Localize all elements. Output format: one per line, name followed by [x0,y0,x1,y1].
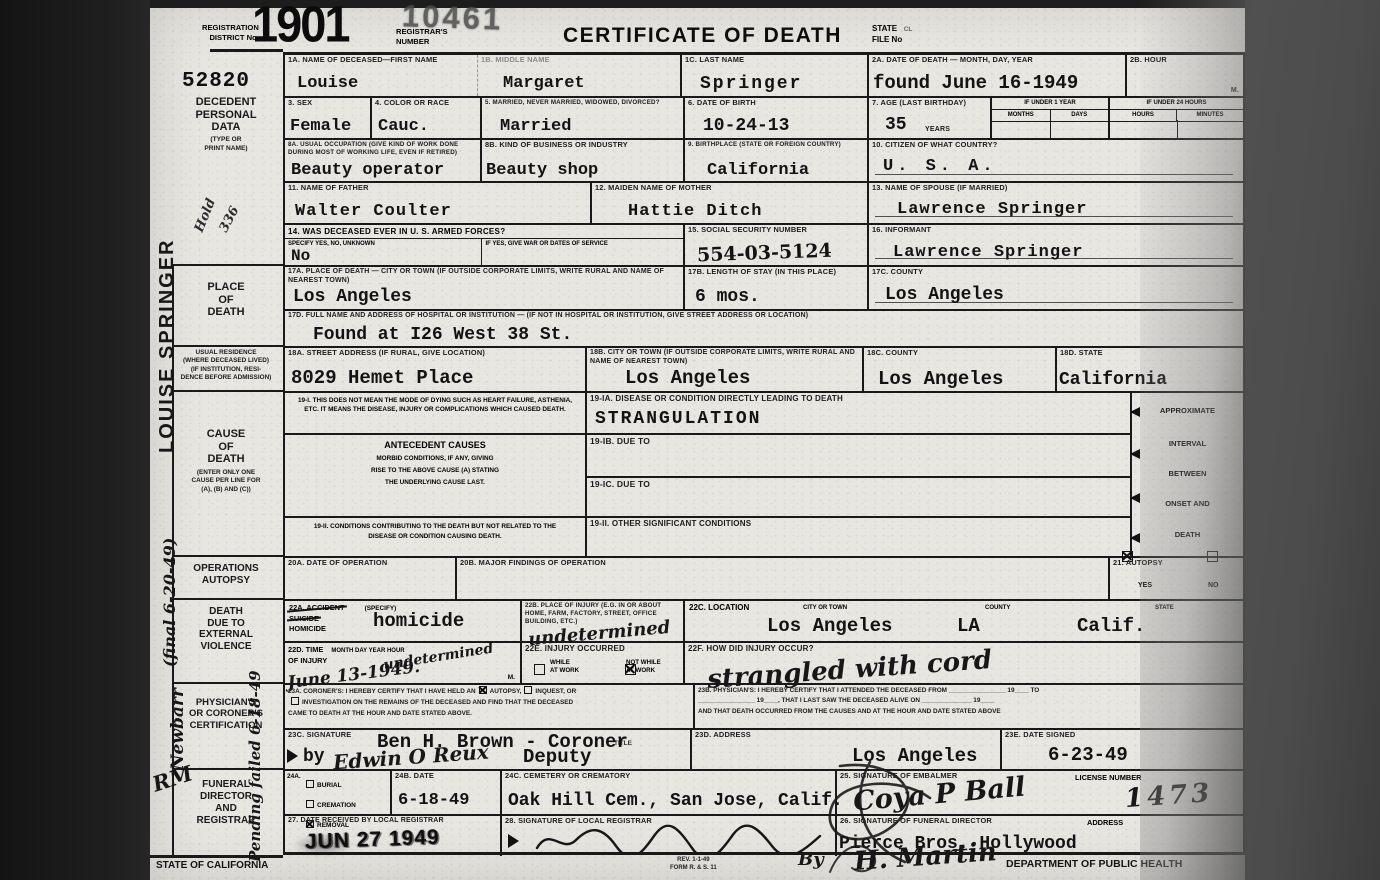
manner-accident-label: 22A. ACCIDENT [289,603,345,614]
of-injury-label: OF INJURY [288,656,327,665]
field-industry-value: Beauty shop [486,161,598,180]
due-to-b-label: 19-IB. DUE TO [590,436,1128,446]
row-certification: 23A. CORONER'S: I HEREBY CERTIFY THAT I … [285,685,1243,730]
row-residence: 18A. STREET ADDRESS (IF RURAL, GIVE LOCA… [285,348,1243,393]
field-father-value: Walter Coulter [295,202,452,221]
field-length-of-stay-value: 6 mos. [695,287,760,307]
field-first-name-value: Louise [297,74,358,93]
field-sex: 3. SEX Female [285,98,372,138]
field-place-of-death-value: Los Angeles [293,287,412,307]
field-last-name: 1C. LAST NAME Springer [682,55,869,96]
field-institution-value: Found at I26 West 38 St. [313,325,572,345]
field-marital-value: Married [500,117,571,136]
field-last-name-value: Springer [700,74,802,94]
sidebar-rule-4 [172,555,283,557]
interval-column: APPROXIMATE INTERVAL BETWEEN ONSET AND D… [1132,393,1243,556]
field-race-label: 4. COLOR OR RACE [375,99,478,108]
by-name-signature: H. Martin [853,837,998,877]
field-birthplace-value: California [707,161,809,180]
other-conditions-label: 19-II. OTHER SIGNIFICANT CONDITIONS [590,519,1128,528]
row-signature: 23C. SIGNATURE TITLE Ben H. Brown - Coro… [285,730,1243,771]
field-death-county-label: 17C. COUNTY [872,268,1241,277]
field-residence-county-value: Los Angeles [878,368,1003,390]
signature-deputy: Deputy [523,746,591,768]
footer-form-number: REV. 1-1-49 FORM R. & S. 11 [670,856,717,872]
field-date-of-death-label: 2A. DATE OF DEATH — MONTH, DAY, YEAR [872,56,1123,65]
field-autopsy: 21. AUTOPSY YES NO [1110,558,1243,599]
row-parents: 11. NAME OF FATHER Walter Coulter 12. MA… [285,183,1243,225]
manner-suicide-label: SUICIDE [289,614,319,625]
signature-pointer-icon [287,749,298,763]
interval-word-4: ONSET AND [1132,500,1243,508]
field-armed-forces: 14. WAS DECEASED EVER IN U. S. ARMED FOR… [285,225,685,265]
registrar-pointer-icon [508,834,519,848]
field-marital-status: 5. MARRIED, NEVER MARRIED, WIDOWED, DIVO… [482,98,685,138]
received-date-stamp: JUN 27 1949 [305,826,441,855]
field-middle-name-label: 1B. MIDDLE NAME [481,56,678,65]
field-residence-city-label: 18B. CITY OR TOWN (IF OUTSIDE CORPORATE … [590,349,860,367]
license-value: 1473 [1124,778,1214,814]
field-date-of-death-value: found June 16-1949 [873,72,1078,94]
field-injury-occurred: 22E. INJURY OCCURRED WHILE AT WORK NOT W… [522,643,685,683]
field-age-unit: YEARS [925,126,988,134]
field-manner: 22A. ACCIDENT (SPECIFY) SUICIDE HOMICIDE… [285,601,522,641]
row-registrar: 27. DATE RECEIVED BY LOCAL REGISTRAR JUN… [285,816,1243,856]
interval-word-3: BETWEEN [1132,470,1243,478]
field-autopsy-label: 21. AUTOPSY [1113,559,1241,568]
field-under-1-year: IF UNDER 1 YEAR MONTHS DAYS [992,98,1110,138]
field-length-of-stay-label: 17B. LENGTH OF STAY (IN THIS PLACE) [688,268,865,277]
coroner-autopsy-checkbox [479,686,487,694]
registration-district-number: 1901 [252,0,349,49]
row-forces: 14. WAS DECEASED EVER IN U. S. ARMED FOR… [285,225,1243,267]
field-residence-county-label: 18C. COUNTY [867,349,1053,358]
field-date-of-birth: 6. DATE OF BIRTH 10-24-13 [685,98,869,138]
antecedent-title: ANTECEDENT CAUSES [285,440,585,451]
if-yes-label: IF YES, GIVE WAR OR DATES OF SERVICE [482,239,683,248]
sidebar-place-of-death-label: PLACEOFDEATH [174,281,278,319]
due-to-c-label: 19-IC. DUE TO [590,479,1128,489]
row-disposition: 24A. BURIAL CREMATION REMOVAL 24B. DATE … [285,771,1243,816]
field-street: 18A. STREET ADDRESS (IF RURAL, GIVE LOCA… [285,348,587,391]
field-death-county-value: Los Angeles [885,285,1004,305]
funeral-director-by-signature: By H. Martin [798,842,997,872]
field-how-injury: 22F. HOW DID INJURY OCCUR? strangled wit… [685,643,1243,683]
not-while-label-1: NOT WHILE [626,659,661,667]
autopsy-yes-label: YES [1138,582,1152,589]
field-dob-label: 6. DATE OF BIRTH [688,99,865,108]
margin-hold-annotation: Hold [192,196,219,234]
field-informant: 16. INFORMANT Lawrence Springer [869,225,1243,265]
cremation-checkbox [306,800,314,808]
sidebar-decedent-label: DECEDENTPERSONALDATA [174,96,278,134]
coroner-text-3: CAME TO DEATH AT THE HOUR AND DATE STATE… [288,710,472,717]
sidebar-rule-5 [172,598,283,600]
injury-city-value: Los Angeles [767,615,892,637]
field-institution-label: 17D. FULL NAME AND ADDRESS OF HOSPITAL O… [288,312,1241,320]
field-institution: 17D. FULL NAME AND ADDRESS OF HOSPITAL O… [285,311,1243,346]
injury-location-label: 22C. LOCATION [689,603,749,612]
months-header: MONTHS [992,110,1051,121]
while-label-1: WHILE [550,659,579,667]
field-death-county: 17C. COUNTY Los Angeles [869,267,1243,309]
row-occupation: 8A. USUAL OCCUPATION (GIVE KIND OF WORK … [285,140,1243,183]
field-age-value: 35 [885,115,907,135]
cremation-label: CREMATION [317,802,356,809]
field-residence-state: 18D. STATE California [1057,348,1243,391]
field-mother: 12. MAIDEN NAME OF MOTHER Hattie Ditch [592,183,869,223]
cause-right-column: 19-IA. DISEASE OR CONDITION DIRECTLY LEA… [587,393,1132,556]
field-race-value: Cauc. [378,117,429,136]
margin-336-annotation: 336 [217,204,243,235]
disposition-date: 24B. DATE 6-18-49 [392,771,502,814]
case-number: 52820 [182,70,250,93]
date-signed-label: 23E. DATE SIGNED [1005,731,1241,740]
field-mother-value: Hattie Ditch [628,202,762,221]
injury-county-value: LA [957,615,980,637]
certificate-paper: REGISTRATION DISTRICT No. 1901 REGISTRAR… [150,0,1245,880]
field-last-name-label: 1C. LAST NAME [685,56,865,65]
row-cause-of-death: 19-I. THIS DOES NOT MEAN THE MODE OF DYI… [285,393,1243,558]
fd-address-label: ADDRESS [1087,818,1123,827]
disposition-checkboxes: 24A. BURIAL CREMATION REMOVAL [285,771,392,814]
field-occupation: 8A. USUAL OCCUPATION (GIVE KIND OF WORK … [285,140,482,181]
coroner-autopsy-label: AUTOPSY, [490,688,522,695]
contributing-note: 19-II. CONDITIONS CONTRIBUTING TO THE DE… [285,518,585,554]
row-manner: 22A. ACCIDENT (SPECIFY) SUICIDE HOMICIDE… [285,601,1243,643]
registrar-signature-scribble [532,824,827,854]
date-received-label: 27. DATE RECEIVED BY LOCAL REGISTRAR [288,817,498,825]
margin-pending-annotation: Pending failed 6-18-49 [246,636,264,862]
physician-text-3: AND THAT DEATH OCCURRED FROM THE CAUSES … [695,707,1243,717]
field-residence-state-label: 18D. STATE [1060,349,1241,358]
interval-word-5: DEATH [1132,531,1243,539]
field-birthplace-label: 9. BIRTHPLACE (STATE OR FOREIGN COUNTRY) [688,141,865,149]
antecedent-line2: MORBID CONDITIONS, IF ANY, GIVING [285,451,585,468]
sidebar-cause-label: CAUSEOFDEATH [174,428,278,466]
cemetery-label: 24C. CEMETERY OR CREMATORY [505,772,833,781]
disposition-date-label: 24B. DATE [395,772,498,781]
sidebar-decedent-sub: (TYPE ORPRINT NAME) [174,136,278,153]
field-first-name-label: 1A. NAME OF DECEASED—FIRST NAME [288,56,475,65]
registrar-signature: 28. SIGNATURE OF LOCAL REGISTRAR [502,816,837,856]
hours-header: HOURS [1110,110,1177,121]
coroner-signature: 23C. SIGNATURE TITLE Ben H. Brown - Coro… [285,730,692,769]
field-major-findings-label: 20B. MAJOR FINDINGS OF OPERATION [460,559,1106,568]
antecedent-line4: THE UNDERLYING CAUSE LAST. [285,475,585,492]
injury-city-label: CITY OR TOWN [803,605,847,611]
row-injury-detail: 22D. TIME MONTH DAY YEAR HOUR OF INJURY … [285,643,1243,685]
sidebar-residence-label: USUAL RESIDENCE(WHERE DECEASED LIVED)(IF… [174,349,278,382]
under-1-year-divider [1050,120,1051,138]
certificate-form: 1A. NAME OF DECEASED—FIRST NAME Louise 1… [283,52,1245,855]
field-citizen: 10. CITIZEN OF WHAT COUNTRY? U. S. A. [869,140,1243,181]
field-time-of-injury: 22D. TIME MONTH DAY YEAR HOUR OF INJURY … [285,643,522,683]
cemetery-value: Oak Hill Cem., San Jose, Calif. [508,791,843,811]
field-street-value: 8029 Hemet Place [291,367,473,389]
antecedent-line3: RISE TO THE ABOVE CAUSE (A) STATING [285,467,585,475]
license-label: LICENSE NUMBER [1075,773,1142,782]
coroner-text-2: INVESTIGATION ON THE REMAINS OF THE DECE… [302,699,573,706]
injury-state-value: Calif. [1077,615,1145,637]
field-length-of-stay: 17B. LENGTH OF STAY (IN THIS PLACE) 6 mo… [685,267,869,309]
field-residence-county: 18C. COUNTY Los Angeles [864,348,1057,391]
field-age-label: 7. AGE (LAST BIRTHDAY) [872,99,988,108]
while-at-work-checkbox [534,664,545,675]
field-ssn: 15. SOCIAL SECURITY NUMBER 554-03-5124 [685,225,869,265]
field-father: 11. NAME OF FATHER Walter Coulter [285,183,592,223]
row-operation: 20A. DATE OF OPERATION 20B. MAJOR FINDIN… [285,558,1243,601]
manner-value: homicide [373,610,464,632]
field-spouse: 13. NAME OF SPOUSE (IF MARRIED) Lawrence… [869,183,1243,223]
physician-certification: 23B. PHYSICIAN'S: I HEREBY CERTIFY THAT … [695,685,1243,728]
field-residence-city-value: Los Angeles [625,367,750,389]
coroner-inquest-checkbox [524,686,532,694]
interval-word-2: INTERVAL [1132,440,1243,448]
field-age: 7. AGE (LAST BIRTHDAY) 35 YEARS [869,98,992,138]
field-under-24-hours: IF UNDER 24 HOURS HOURS MINUTES [1110,98,1243,138]
field-industry-label: 8B. KIND OF BUSINESS OR INDUSTRY [485,141,681,150]
field-ssn-label: 15. SOCIAL SECURITY NUMBER [688,226,865,235]
minutes-header: MINUTES [1177,110,1243,121]
sidebar-rule-1 [172,264,283,266]
time-mdyh-label: MONTH DAY YEAR HOUR [331,648,404,654]
field-industry: 8B. KIND OF BUSINESS OR INDUSTRY Beauty … [482,140,685,181]
field-citizen-label: 10. CITIZEN OF WHAT COUNTRY? [872,141,1241,150]
time-m-label: M. [508,674,515,681]
under-24-hours-header: IF UNDER 24 HOURS [1110,98,1243,110]
field-middle-name: 1B. MIDDLE NAME Margaret [477,55,682,96]
field-residence-state-value: California [1059,370,1167,390]
direct-cause-value: STRANGULATION [595,409,761,429]
direct-cause-label: 19-IA. DISEASE OR CONDITION DIRECTLY LEA… [590,394,1128,403]
interval-arrow-icon-2 [1130,449,1140,459]
disposition-label: 24A. [287,774,301,781]
field-informant-value: Lawrence Springer [893,243,1083,262]
field-residence-city: 18B. CITY OR TOWN (IF OUTSIDE CORPORATE … [587,348,864,391]
coroner-certification: 23A. CORONER'S: I HEREBY CERTIFY THAT I … [285,685,695,728]
field-sex-label: 3. SEX [288,99,368,108]
disposition-date-value: 6-18-49 [398,791,469,810]
field-dob-value: 10-24-13 [703,116,789,136]
interval-word-1: APPROXIMATE [1132,407,1243,415]
margin-newbarr-annotation: Newbarr [168,668,188,770]
margin-final-annotation: (final 6-20-49) [160,452,179,667]
field-occupation-label: 8A. USUAL OCCUPATION (GIVE KIND OF WORK … [288,141,478,157]
burial-label: BURIAL [317,782,342,789]
field-informant-label: 16. INFORMANT [872,226,1241,235]
autopsy-no-label: NO [1208,582,1219,589]
date-received: 27. DATE RECEIVED BY LOCAL REGISTRAR JUN… [285,816,502,856]
row-personal: 3. SEX Female 4. COLOR OR RACE Cauc. 5. … [285,98,1243,140]
field-street-label: 18A. STREET ADDRESS (IF RURAL, GIVE LOCA… [288,349,583,358]
row-place-of-death: 17A. PLACE OF DEATH — CITY OR TOWN (IF O… [285,267,1243,311]
specify-label: SPECIFY YES, NO, UNKNOWN [285,239,481,248]
cause-left-column: 19-I. THIS DOES NOT MEAN THE MODE OF DYI… [285,393,587,556]
cemetery: 24C. CEMETERY OR CREMATORY Oak Hill Cem.… [502,771,837,814]
field-marital-label: 5. MARRIED, NEVER MARRIED, WIDOWED, DIVO… [485,99,681,107]
field-middle-name-value: Margaret [503,74,585,93]
signature-by: by [303,747,325,767]
state-file-note: CL [904,26,913,33]
certificate-title: CERTIFICATE OF DEATH [563,25,842,46]
field-place-of-injury: 22B. PLACE OF INJURY (E.G. IN OR ABOUT H… [522,601,685,641]
time-of-injury-label: 22D. TIME [288,645,323,654]
state-file-label: STATE CL FILE No [872,23,912,45]
field-sex-value: Female [290,117,351,136]
sidebar-rule-6 [172,682,283,684]
not-while-label-2: AT WORK [626,667,661,675]
date-signed: 23E. DATE SIGNED 6-23-49 [1002,730,1243,769]
days-header: DAYS [1051,110,1109,121]
sidebar-operations-label: OPERATIONSAUTOPSY [174,563,278,587]
sidebar-rule-3 [172,390,283,392]
burial-checkbox [306,780,314,788]
under-24-hours-divider [1177,120,1178,138]
injury-state-label: STATE [1155,605,1174,611]
field-date-of-death: 2A. DATE OF DEATH — MONTH, DAY, YEAR fou… [869,55,1127,96]
field-injury-location: 22C. LOCATION CITY OR TOWN COUNTY STATE … [685,601,1243,641]
field-place-of-death-label: 17A. PLACE OF DEATH — CITY OR TOWN (IF O… [288,268,681,286]
field-father-label: 11. NAME OF FATHER [288,184,588,193]
coroner-investigation-checkbox [291,697,299,705]
margin-name-annotation: LOUISE SPRINGER [156,248,179,453]
field-mother-label: 12. MAIDEN NAME OF MOTHER [595,184,865,193]
armed-forces-value: No [291,247,310,265]
physician-text-2: ________________ 19____, THAT I LAST SAW… [695,696,1243,706]
field-hour: 2B. HOUR M. [1127,55,1243,96]
sidebar-cause-sub: (ENTER ONLY ONECAUSE PER LINE FOR(A), (B… [174,469,278,494]
sidebar-rule-2 [172,345,283,347]
registration-district-label: REGISTRATION DISTRICT No. [202,23,259,43]
by-label: By [798,849,824,870]
cause-note: 19-I. THIS DOES NOT MEAN THE MODE OF DYI… [285,393,585,435]
while-label-2: AT WORK [550,667,579,675]
manner-homicide-label: HOMICIDE [289,624,326,633]
field-hour-m: M. [1231,87,1239,95]
address-label: 23D. ADDRESS [695,731,998,740]
row-name: 1A. NAME OF DECEASED—FIRST NAME Louise 1… [285,55,1243,98]
deputy-signature-script: Edwin O Reux [332,740,489,775]
field-citizen-value: U. S. A. [883,157,997,176]
field-first-name: 1A. NAME OF DECEASED—FIRST NAME Louise [285,55,477,96]
field-race: 4. COLOR OR RACE Cauc. [372,98,482,138]
under-1-year-header: IF UNDER 1 YEAR [992,98,1108,110]
field-ssn-value: 554-03-5124 [697,240,832,267]
coroner-inquest-label: INQUEST, OR [535,688,576,695]
field-spouse-label: 13. NAME OF SPOUSE (IF MARRIED) [872,184,1241,193]
field-date-of-operation-label: 20A. DATE OF OPERATION [288,559,453,568]
field-hour-label: 2B. HOUR [1130,56,1241,65]
footer-department: DEPARTMENT OF PUBLIC HEALTH [1006,858,1182,870]
injury-county-label: COUNTY [985,605,1010,611]
scan-background: REGISTRATION DISTRICT No. 1901 REGISTRAR… [0,0,1380,880]
field-spouse-value: Lawrence Springer [897,200,1087,219]
field-occupation-value: Beauty operator [291,161,444,180]
date-signed-value: 6-23-49 [1048,744,1128,766]
field-date-of-operation: 20A. DATE OF OPERATION [285,558,457,599]
row-institution: 17D. FULL NAME AND ADDRESS OF HOSPITAL O… [285,311,1243,348]
field-birthplace: 9. BIRTHPLACE (STATE OR FOREIGN COUNTRY)… [685,140,869,181]
field-place-of-death: 17A. PLACE OF DEATH — CITY OR TOWN (IF O… [285,267,685,309]
armed-forces-label: 14. WAS DECEASED EVER IN U. S. ARMED FOR… [285,225,683,239]
field-major-findings: 20B. MAJOR FINDINGS OF OPERATION [457,558,1110,599]
registrar-number-stamp: 10461 [401,0,503,35]
